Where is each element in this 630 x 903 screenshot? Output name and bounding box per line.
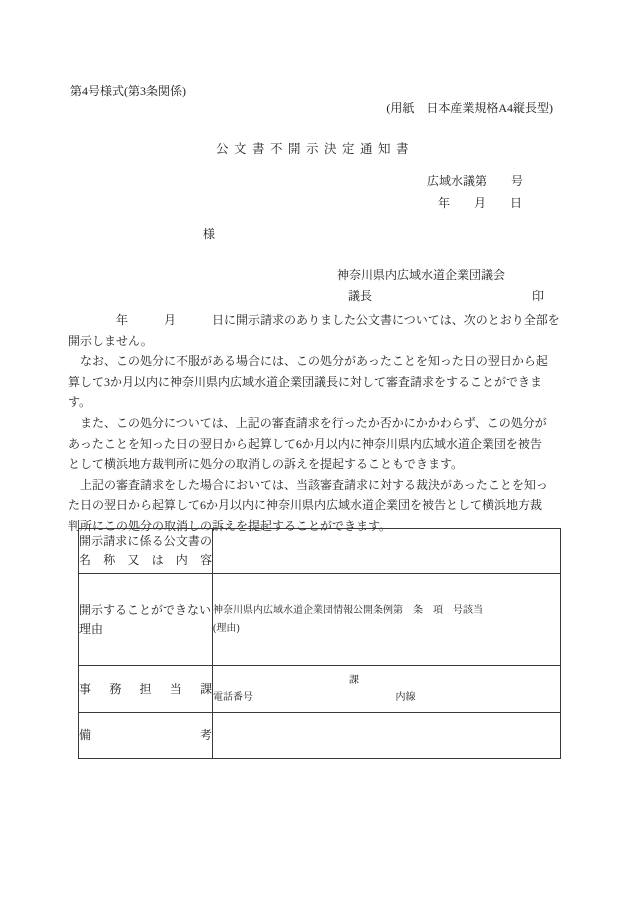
body-line: また、この処分については、上記の審査請求を行ったか否かにかかわらず、この処分が [68, 413, 560, 434]
nondisclosure-reason-value-cell: 神奈川県内広域水道企業団情報公開条例第 条 項 号該当 (理由) [213, 574, 561, 666]
body-line: 年 月 日に開示請求のありました公文書については、次のとおり全部を [68, 310, 560, 331]
responsible-section-label-cell: 事務担当課 [79, 666, 213, 713]
phone-line: 電話番号 内線 [213, 689, 560, 707]
date-line: 年 月 日 [438, 194, 522, 211]
document-page: 第4号様式(第3条関係) (用紙 日本産業規格A4縦長型) 公文書不開示決定通知… [0, 0, 630, 903]
table-row: 備考 [79, 713, 561, 759]
body-line: 算して3か月以内に神奈川県内広域水道企業団議長に対して審査請求をすることができま [68, 372, 560, 393]
issuer-organization: 神奈川県内広域水道企業団議会 [337, 266, 505, 283]
body-text: 年 月 日に開示請求のありました公文書については、次のとおり全部を 開示しません… [68, 310, 560, 537]
section-suffix: 課 [213, 672, 560, 690]
body-line: として横浜地方裁判所に処分の取消しの訴えを提起することもできます。 [68, 454, 560, 475]
body-line: す。 [68, 392, 560, 413]
nondisclosure-reason-label-cell: 開示することができない理由 [79, 574, 213, 666]
form-number: 第4号様式(第3条関係) [70, 82, 186, 99]
paper-size-note: (用紙 日本産業規格A4縦長型) [386, 99, 553, 116]
document-title: 公文書不開示決定通知書 [0, 139, 630, 157]
remarks-label-cell: 備考 [79, 713, 213, 759]
body-line: 上記の審査請求をした場合においては、当該審査請求に対する裁決があったことを知っ [68, 475, 560, 496]
extension-label: 内線 [396, 689, 416, 707]
seal-mark: 印 [532, 287, 544, 304]
table-row: 事務担当課 課 電話番号 内線 [79, 666, 561, 713]
document-name-label-cell: 開示請求に係る公文書の名称又は内容 [79, 529, 213, 574]
disclosure-decision-table: 開示請求に係る公文書の名称又は内容 開示することができない理由 神奈川県内広域水… [78, 528, 561, 759]
document-name-value-cell [213, 529, 561, 574]
remarks-value-cell [213, 713, 561, 759]
body-line: あったことを知った日の翌日から起算して6か月以内に神奈川県内広域水道企業団を被告 [68, 434, 560, 455]
phone-label: 電話番号 [213, 692, 253, 703]
table-row: 開示することができない理由 神奈川県内広域水道企業団情報公開条例第 条 項 号該… [79, 574, 561, 666]
document-name-label: 開示請求に係る公文書の名称又は内容 [79, 532, 212, 570]
body-line: なお、この処分に不服がある場合には、この処分があったことを知った日の翌日から起 [68, 351, 560, 372]
reason-parenthesis-line: (理由) [213, 620, 560, 638]
ordinance-reference-line: 神奈川県内広域水道企業団情報公開条例第 条 項 号該当 [213, 602, 560, 620]
responsible-section-label: 事務担当課 [79, 680, 212, 699]
body-line: た日の翌日から起算して6か月以内に神奈川県内広域水道企業団を被告として横浜地方裁 [68, 495, 560, 516]
issuer-title: 議長 [348, 287, 372, 304]
remarks-label: 備考 [79, 726, 212, 745]
responsible-section-value-cell: 課 電話番号 内線 [213, 666, 561, 713]
addressee-honorific: 様 [203, 225, 215, 242]
body-line: 開示しません。 [68, 331, 560, 352]
table-row: 開示請求に係る公文書の名称又は内容 [79, 529, 561, 574]
issuer-title-line: 議長 印 [348, 287, 544, 304]
document-number-line: 広域水議第 号 [427, 172, 523, 189]
nondisclosure-reason-label: 開示することができない理由 [79, 601, 212, 639]
